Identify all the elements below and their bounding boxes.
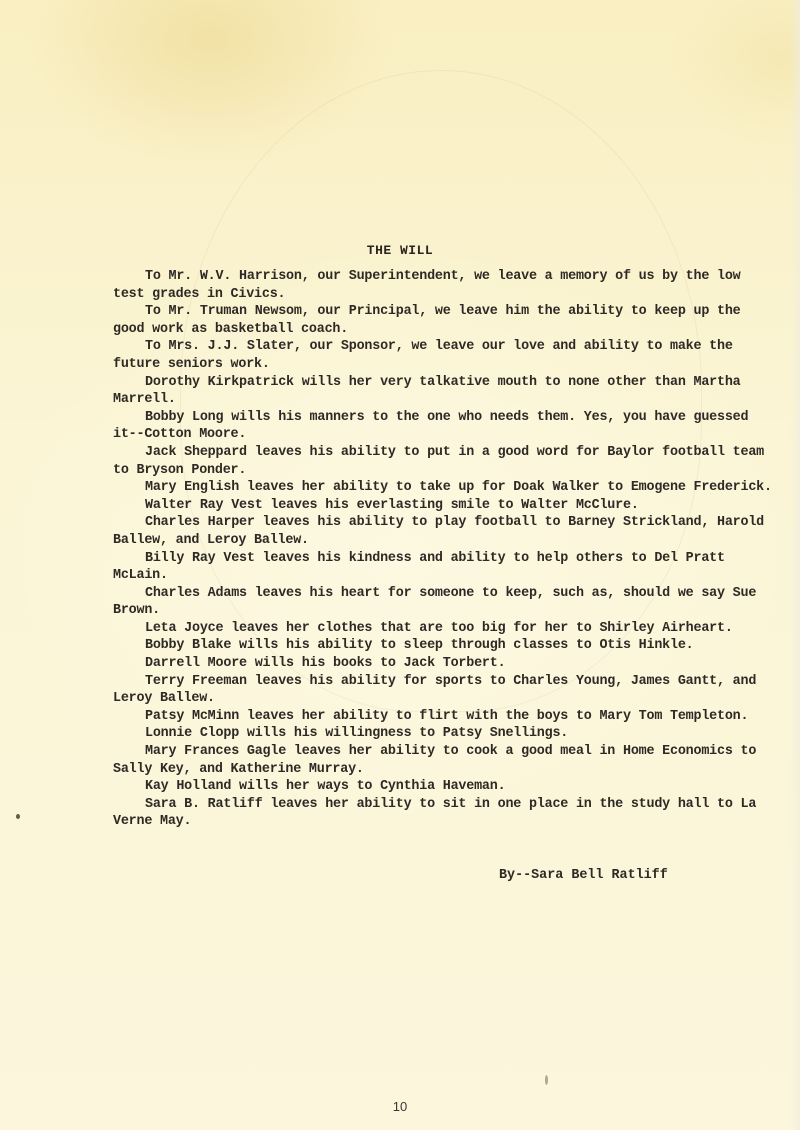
page-number: 10 <box>0 1099 800 1114</box>
ink-speck <box>545 1075 548 1085</box>
will-paragraph: Patsy McMinn leaves her ability to flirt… <box>113 708 778 726</box>
will-paragraph: To Mr. Truman Newsom, our Principal, we … <box>113 303 778 338</box>
document-body: To Mr. W.V. Harrison, our Superintendent… <box>113 268 778 831</box>
will-paragraph: Bobby Long wills his manners to the one … <box>113 409 778 444</box>
will-paragraph: Mary Frances Gagle leaves her ability to… <box>113 743 778 778</box>
will-paragraph: Leta Joyce leaves her clothes that are t… <box>113 620 778 638</box>
will-paragraph: Bobby Blake wills his ability to sleep t… <box>113 637 778 655</box>
will-paragraph: Jack Sheppard leaves his ability to put … <box>113 444 778 479</box>
will-paragraph: Terry Freeman leaves his ability for spo… <box>113 673 778 708</box>
will-paragraph: Sara B. Ratliff leaves her ability to si… <box>113 796 778 831</box>
page-edge <box>790 0 800 1130</box>
ink-speck <box>16 814 20 819</box>
will-paragraph: Mary English leaves her ability to take … <box>113 479 778 497</box>
will-paragraph: Kay Holland wills her ways to Cynthia Ha… <box>113 778 778 796</box>
will-paragraph: Walter Ray Vest leaves his everlasting s… <box>113 497 778 515</box>
will-paragraph: Charles Harper leaves his ability to pla… <box>113 514 778 549</box>
document-title: THE WILL <box>0 243 800 258</box>
will-paragraph: Lonnie Clopp wills his willingness to Pa… <box>113 725 778 743</box>
will-paragraph: Dorothy Kirkpatrick wills her very talka… <box>113 374 778 409</box>
will-paragraph: Charles Adams leaves his heart for someo… <box>113 585 778 620</box>
will-paragraph: To Mr. W.V. Harrison, our Superintendent… <box>113 268 778 303</box>
will-paragraph: Darrell Moore wills his books to Jack To… <box>113 655 778 673</box>
signature: By--Sara Bell Ratliff <box>499 868 668 883</box>
will-paragraph: To Mrs. J.J. Slater, our Sponsor, we lea… <box>113 338 778 373</box>
will-paragraph: Billy Ray Vest leaves his kindness and a… <box>113 550 778 585</box>
